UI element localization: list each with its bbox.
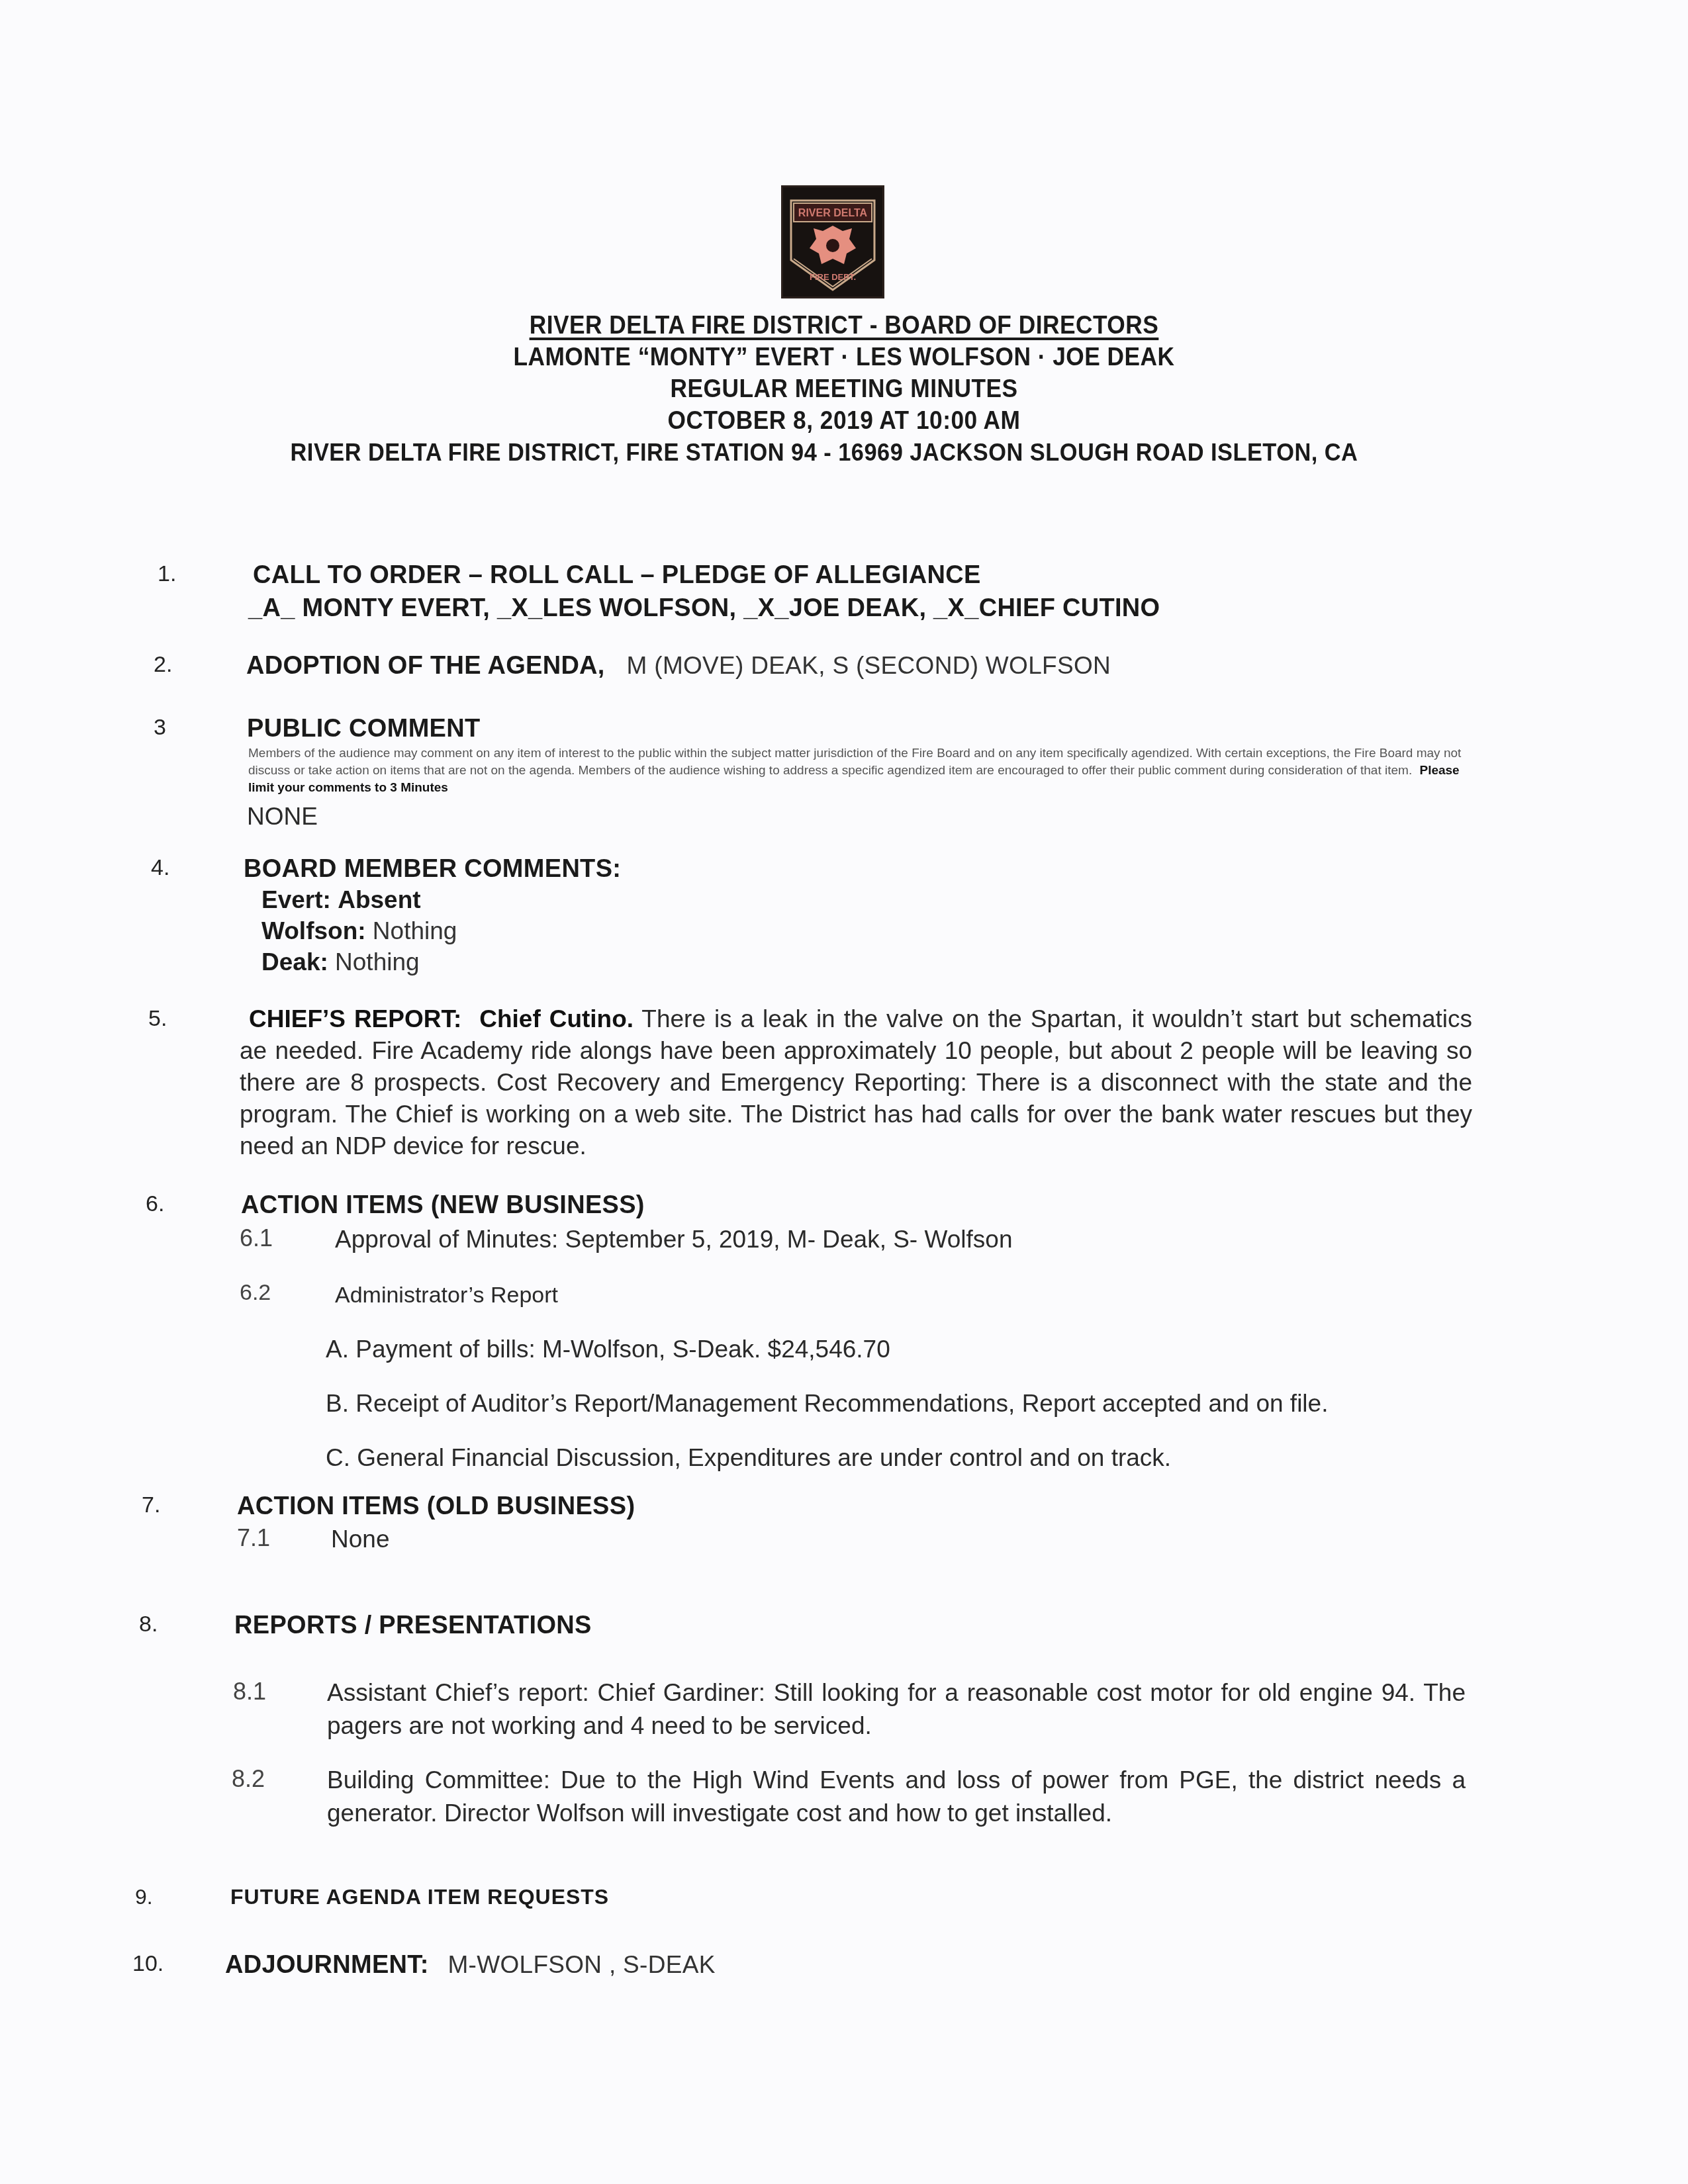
member-name: Wolfson: xyxy=(261,917,366,944)
chiefs-report-body: CHIEF’S REPORT: Chief Cutino. There is a… xyxy=(240,1003,1472,1162)
member-comment: Nothing xyxy=(335,948,420,976)
svg-text:FIRE DEPT.: FIRE DEPT. xyxy=(810,272,856,282)
roll-call: _A_ MONTY EVERT, _X_LES WOLFSON, _X_JOE … xyxy=(248,594,1160,623)
member-comment: Nothing xyxy=(373,917,457,944)
section-heading: CHIEF’S REPORT: xyxy=(249,1005,461,1032)
section-number: 1. xyxy=(158,561,176,587)
motion-detail: M-WOLFSON , S-DEAK xyxy=(447,1951,715,1978)
public-comment-disclaimer: Members of the audience may comment on a… xyxy=(248,745,1479,797)
section-heading: ACTION ITEMS (NEW BUSINESS) xyxy=(241,1191,645,1220)
fire-department-badge-icon: RIVER DELTA FIRE DEPT. xyxy=(781,185,884,298)
admin-item-financial-discussion: C. General Financial Discussion, Expendi… xyxy=(326,1441,1171,1475)
board-comments-list: Evert: Absent Wolfson: Nothing Deak: Not… xyxy=(261,884,457,978)
item-number: 8.1 xyxy=(233,1678,266,1706)
section-number: 4. xyxy=(151,855,169,881)
section-number: 3 xyxy=(154,715,166,741)
item-number: 8.2 xyxy=(232,1765,265,1793)
board-comment-wolfson: Wolfson: Nothing xyxy=(261,915,457,946)
section-number: 7. xyxy=(142,1492,160,1518)
section-heading: REPORTS / PRESENTATIONS xyxy=(234,1612,592,1640)
item-approval-of-minutes: Approval of Minutes: September 5, 2019, … xyxy=(335,1223,1012,1256)
section-heading: CALL TO ORDER – ROLL CALL – PLEDGE OF AL… xyxy=(253,561,981,590)
section-number: 10. xyxy=(132,1951,164,1977)
item-number: 6.2 xyxy=(240,1280,271,1306)
board-comment-deak: Deak: Nothing xyxy=(261,946,457,978)
section-heading-text: ADJOURNMENT: xyxy=(225,1951,429,1979)
member-comment: Absent xyxy=(338,886,420,913)
section-heading: PUBLIC COMMENT xyxy=(247,715,481,743)
section-number: 8. xyxy=(139,1612,158,1637)
section-number: 2. xyxy=(154,652,172,678)
section-number: 9. xyxy=(135,1885,153,1909)
minutes-page: RIVER DELTA FIRE DEPT. RIVER DELTA FIRE … xyxy=(0,0,1688,2184)
board-comment-evert: Evert: Absent xyxy=(261,884,457,915)
section-heading: ACTION ITEMS (OLD BUSINESS) xyxy=(237,1492,635,1521)
member-name: Deak: xyxy=(261,948,328,976)
report-speaker: Chief Cutino. xyxy=(479,1005,633,1032)
item-building-committee: Building Committee: Due to the High Wind… xyxy=(327,1764,1466,1830)
section-number: 6. xyxy=(146,1191,164,1217)
meeting-datetime: OCTOBER 8, 2019 AT 10:00 AM xyxy=(59,405,1629,437)
member-name: Evert: xyxy=(261,886,331,913)
document-header: RIVER DELTA FIRE DISTRICT - BOARD OF DIR… xyxy=(0,310,1688,469)
public-comment-result: NONE xyxy=(247,801,318,833)
item-none: None xyxy=(331,1523,389,1556)
motion-detail: M (MOVE) DEAK, S (SECOND) WOLFSON xyxy=(627,652,1111,679)
item-assistant-chiefs-report: Assistant Chief’s report: Chief Gardiner… xyxy=(327,1676,1466,1743)
section-heading: ADJOURNMENT: M-WOLFSON , S-DEAK xyxy=(225,1951,716,1979)
item-administrators-report: Administrator’s Report xyxy=(335,1279,558,1312)
admin-item-auditors-report: B. Receipt of Auditor’s Report/Managemen… xyxy=(326,1387,1328,1420)
section-heading: ADOPTION OF THE AGENDA, M (MOVE) DEAK, S… xyxy=(246,652,1111,680)
meeting-location: RIVER DELTA FIRE DISTRICT, FIRE STATION … xyxy=(21,437,1627,469)
page-title: RIVER DELTA FIRE DISTRICT - BOARD OF DIR… xyxy=(59,310,1629,341)
section-number: 5. xyxy=(148,1006,167,1032)
admin-item-payment-of-bills: A. Payment of bills: M-Wolfson, S-Deak. … xyxy=(326,1333,890,1366)
section-heading-text: ADOPTION OF THE AGENDA, xyxy=(246,652,605,680)
document-type: REGULAR MEETING MINUTES xyxy=(59,373,1629,405)
section-heading: FUTURE AGENDA ITEM REQUESTS xyxy=(230,1885,609,1909)
item-number: 6.1 xyxy=(240,1224,273,1252)
directors-line: LAMONTE “MONTY” EVERT · LES WOLFSON · JO… xyxy=(59,341,1629,373)
svg-text:RIVER DELTA: RIVER DELTA xyxy=(798,208,868,219)
disclaimer-text: Members of the audience may comment on a… xyxy=(248,747,1461,778)
item-number: 7.1 xyxy=(237,1524,270,1552)
section-heading: BOARD MEMBER COMMENTS: xyxy=(244,855,621,884)
